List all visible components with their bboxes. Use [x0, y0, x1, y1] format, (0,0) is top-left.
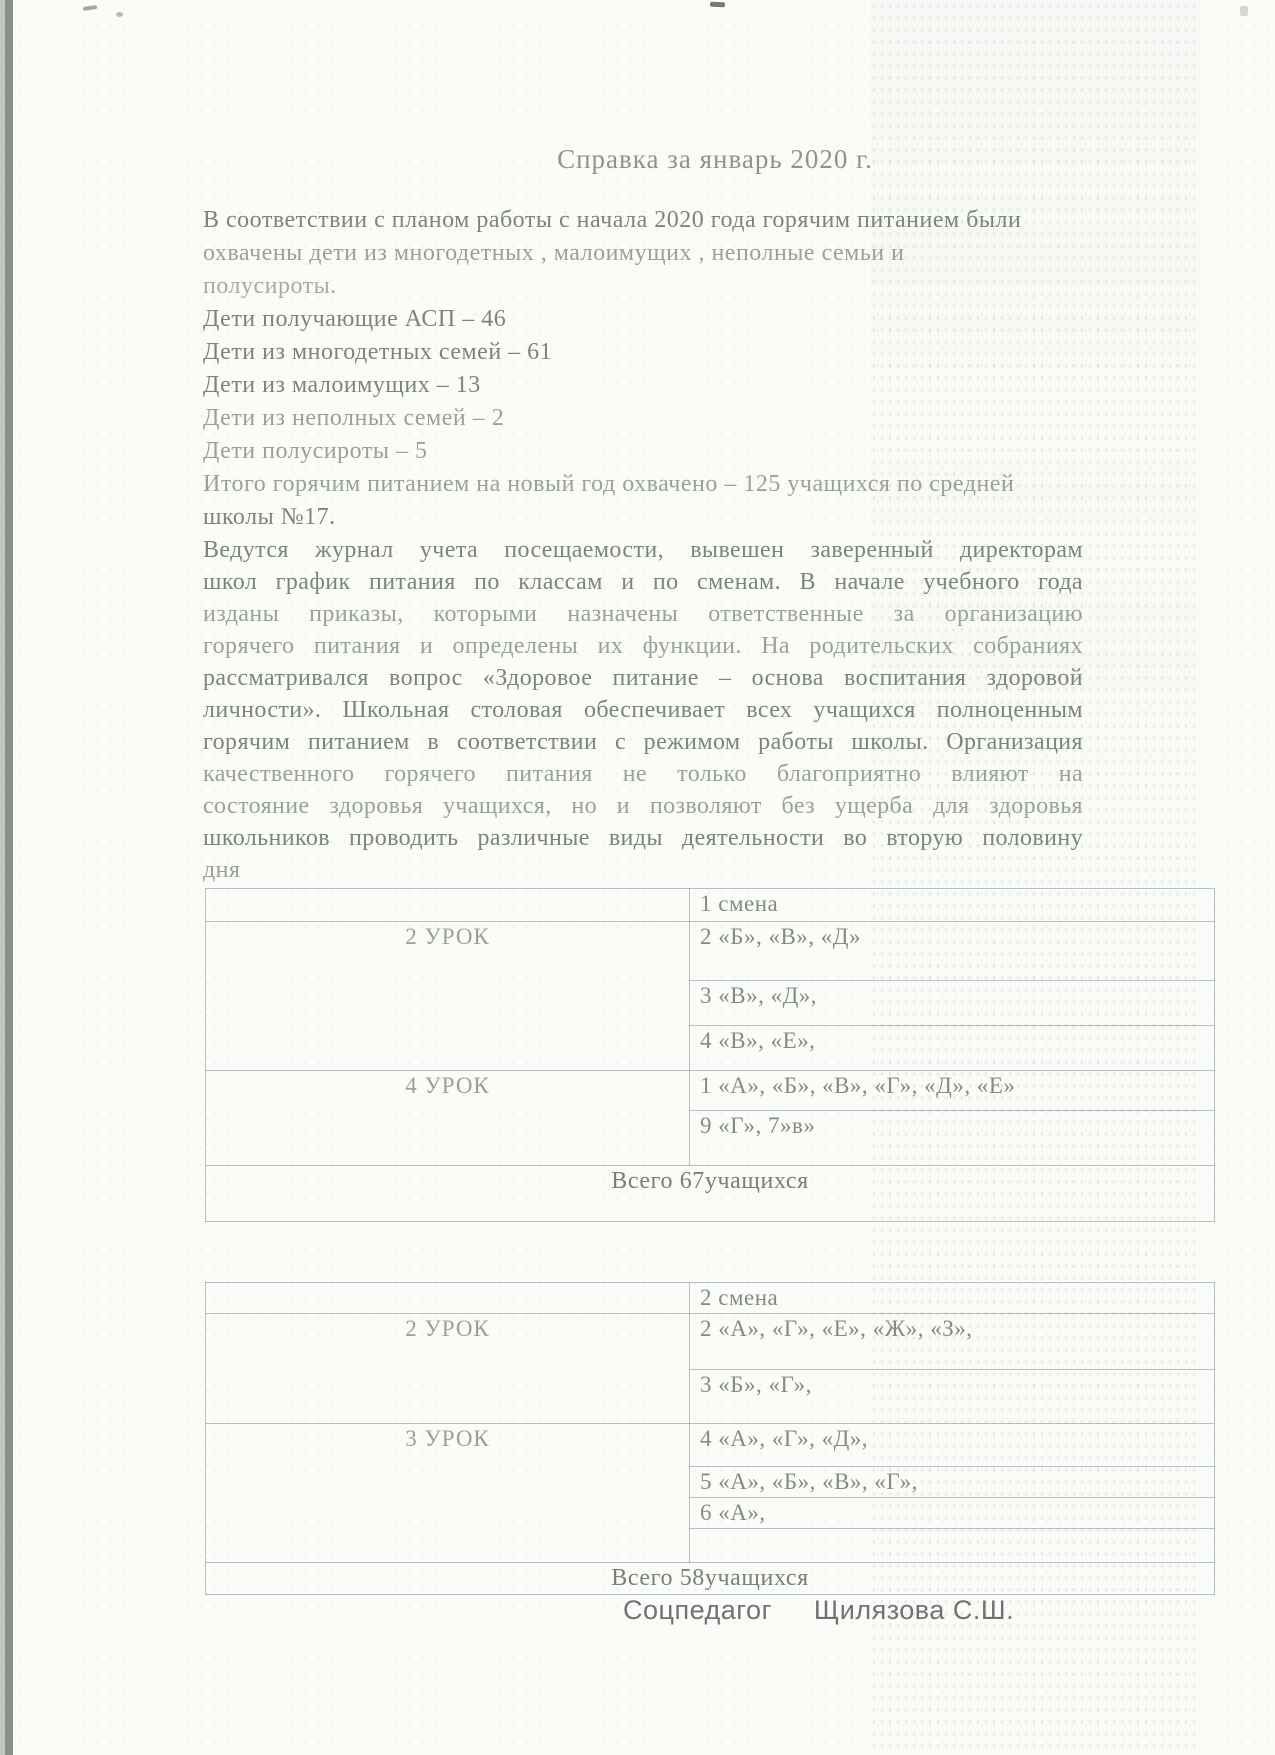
classes-cell: 9 «Г», 7»в»: [690, 1111, 1215, 1166]
scan-speck: [116, 12, 123, 17]
classes-cell: 3 «Б», «Г»,: [690, 1370, 1215, 1424]
classes-cell: 6 «А»,: [690, 1498, 1215, 1529]
signature-line: СоцпедагогЩилязова С.Ш.: [623, 1595, 1014, 1626]
stat-line: Дети из многодетных семей – 61: [203, 336, 1083, 369]
intro-paragraph: В соответствии с планом работы с начала …: [203, 204, 1083, 303]
shift2-schedule-table: 2 смена 2 УРОК 2 «А», «Г», «Е», «Ж», «З»…: [205, 1282, 1215, 1595]
body-line: дня: [203, 854, 1083, 886]
body-line: рассматривался вопрос «Здоровое питание …: [203, 662, 1083, 694]
intro-line: полусироты.: [203, 270, 1083, 303]
body-line: Ведутся журнал учета посещаемости, вывеш…: [203, 534, 1083, 566]
body-line: состояние здоровья учащихся, но и позвол…: [203, 790, 1083, 822]
classes-cell: 4 «В», «Е»,: [690, 1026, 1215, 1071]
body-line: изданы приказы, которыми назначены ответ…: [203, 598, 1083, 630]
document-title: Справка за январь 2020 г.: [275, 141, 1155, 177]
classes-cell: 3 «В», «Д»,: [690, 981, 1215, 1026]
main-paragraph: Ведутся журнал учета посещаемости, вывеш…: [203, 534, 1083, 886]
lesson-cell: 3 УРОК: [206, 1424, 690, 1563]
body-line: качественного горячего питания не только…: [203, 758, 1083, 790]
lesson-cell: 4 УРОК: [206, 1071, 690, 1166]
shift-label-cell: 2 смена: [690, 1283, 1215, 1314]
stats-list: Дети получающие АСП – 46 Дети из многоде…: [203, 303, 1083, 468]
body-line: личности». Школьная столовая обеспечивае…: [203, 694, 1083, 726]
stat-line: Дети полусироты – 5: [203, 435, 1083, 468]
body-line: горячего питания и определены их функции…: [203, 630, 1083, 662]
body-line: горячим питанием в соответствии с режимо…: [203, 726, 1083, 758]
table-total-cell: Всего 58учащихся: [206, 1563, 1215, 1595]
body-line: школьников проводить различные виды деят…: [203, 822, 1083, 854]
classes-cell: [690, 1529, 1215, 1563]
document-body: Справка за январь 2020 г. В соответствии…: [203, 0, 1083, 886]
totals-paragraph: Итого горячим питанием на новый год охва…: [203, 468, 1083, 534]
classes-cell: 2 «Б», «В», «Д»: [690, 922, 1215, 981]
empty-cell: [206, 889, 690, 922]
classes-cell: 2 «А», «Г», «Е», «Ж», «З»,: [690, 1314, 1215, 1370]
totals-line: школы №17.: [203, 501, 1083, 534]
intro-line: охвачены дети из многодетных , малоимущи…: [203, 237, 1083, 270]
lesson-cell: 2 УРОК: [206, 922, 690, 1071]
body-line: школ график питания по классам и по смен…: [203, 566, 1083, 598]
scan-speck: [1240, 6, 1248, 16]
shift1-schedule-table: 1 смена 2 УРОК 2 «Б», «В», «Д» 3 «В», «Д…: [205, 888, 1215, 1222]
table-total-cell: Всего 67учащихся: [206, 1166, 1215, 1222]
classes-cell: 1 «А», «Б», «В», «Г», «Д», «Е»: [690, 1071, 1215, 1111]
signature-name: Щилязова С.Ш.: [814, 1595, 1014, 1625]
classes-cell: 4 «А», «Г», «Д»,: [690, 1424, 1215, 1467]
totals-line: Итого горячим питанием на новый год охва…: [203, 468, 1083, 501]
shift-label-cell: 1 смена: [690, 889, 1215, 922]
scan-speck: [83, 5, 97, 11]
scan-edge-dark-strip: [5, 0, 13, 1755]
stat-line: Дети из неполных семей – 2: [203, 402, 1083, 435]
stat-line: Дети получающие АСП – 46: [203, 303, 1083, 336]
intro-line: В соответствии с планом работы с начала …: [203, 204, 1083, 237]
lesson-cell: 2 УРОК: [206, 1314, 690, 1424]
scanned-document-page: Справка за январь 2020 г. В соответствии…: [0, 0, 1275, 1755]
empty-cell: [206, 1283, 690, 1314]
stat-line: Дети из малоимущих – 13: [203, 369, 1083, 402]
signature-role: Соцпедагог: [623, 1595, 772, 1625]
classes-cell: 5 «А», «Б», «В», «Г»,: [690, 1467, 1215, 1498]
